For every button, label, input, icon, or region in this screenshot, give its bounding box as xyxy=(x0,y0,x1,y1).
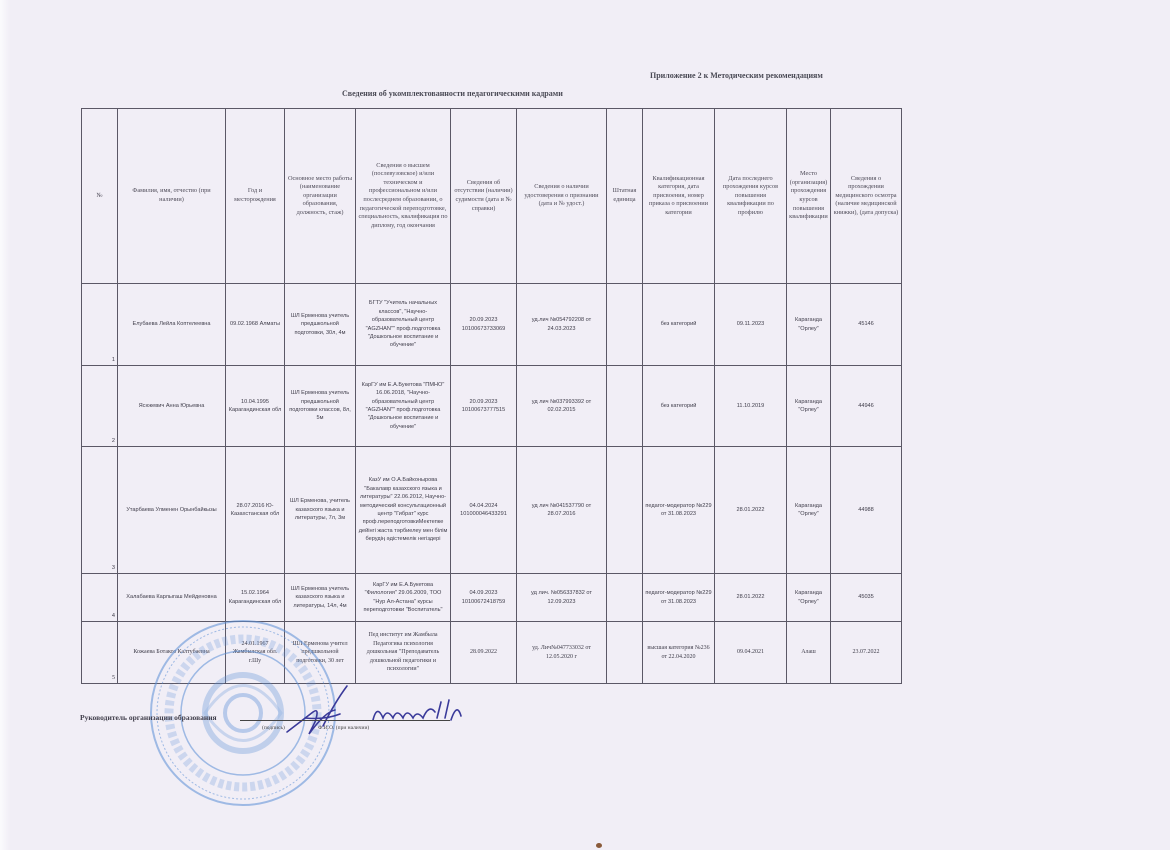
row-category: педагог-модератор №229 от 31.08.2023 xyxy=(643,447,715,574)
row-num: 1 xyxy=(82,284,118,366)
row-birth: 28.07.2016 Ю-Казахстанская обл xyxy=(226,447,285,574)
row-education: БГТУ "Учитель начальных классов", "Научн… xyxy=(356,284,451,366)
row-certificate: уд. Лич№047733032 от 12.05.2020 г xyxy=(517,622,607,684)
row-birth: 10.04.1995 Карагандинская обл xyxy=(226,366,285,447)
handwritten-signature xyxy=(265,682,465,742)
header-workplace: Основное место работы (наименование орга… xyxy=(285,109,356,284)
row-certificate: уд лич №041537790 от 28.07.2016 xyxy=(517,447,607,574)
row-name: Кожаева Ботакоз Калтубаевна xyxy=(118,622,226,684)
header-certificate: Сведения о наличии удостоверения о призн… xyxy=(517,109,607,284)
header-medical: Сведения о прохождении медицинского осмо… xyxy=(831,109,902,284)
header-num: № xyxy=(82,109,118,284)
signature-caption: (подпись) xyxy=(262,725,285,731)
row-course-place: Караганда "Орлеу" xyxy=(787,284,831,366)
table-row: 5 Кожаева Ботакоз Калтубаевна 24.01.1967… xyxy=(82,622,902,684)
header-name: Фамилия, имя, отчество (при наличии) xyxy=(118,109,226,284)
row-medical: 45035 xyxy=(831,574,902,622)
row-education: КарГУ им Е.А.Букетова "ПМНО" 16.06.2018,… xyxy=(356,366,451,447)
row-education: Пед институт им Жамбыла Педагогика психо… xyxy=(356,622,451,684)
appendix-label: Приложение 2 к Методическим рекомендация… xyxy=(650,71,823,80)
row-certificate: уд.лич №054792208 от 24.03.2023 xyxy=(517,284,607,366)
row-birth: 09.02.1968 Алматы xyxy=(226,284,285,366)
row-course-date: 28.01.2022 xyxy=(715,574,787,622)
row-staff-unit xyxy=(607,366,643,447)
row-certificate: уд лич. №056337832 от 12.09.2023 xyxy=(517,574,607,622)
row-category: без категорий xyxy=(643,284,715,366)
row-criminal-record: 28.09.2022 xyxy=(451,622,517,684)
row-name: Халабаева Карлыгаш Мейденовна xyxy=(118,574,226,622)
header-staff-unit: Штатная единица xyxy=(607,109,643,284)
header-criminal-record: Сведения об отсутствии (наличии) судимос… xyxy=(451,109,517,284)
paper-spot xyxy=(596,843,602,848)
row-staff-unit xyxy=(607,284,643,366)
row-workplace: ШЛ Ерменова учитель предшкольной подгото… xyxy=(285,366,356,447)
row-workplace: ШЛ Ерменова учител предшкольной подготов… xyxy=(285,622,356,684)
row-criminal-record: 20.09.2023 10100673777515 xyxy=(451,366,517,447)
row-education: КазУ им О.А.Байконырова "Бакалавр казахс… xyxy=(356,447,451,574)
row-course-date: 09.04.2021 xyxy=(715,622,787,684)
row-course-place: Караганда "Орлеу" xyxy=(787,574,831,622)
staff-table: № Фамилия, имя, отчество (при наличии) Г… xyxy=(81,108,902,684)
row-staff-unit xyxy=(607,447,643,574)
row-criminal-record: 04.04.2024 101000046433291 xyxy=(451,447,517,574)
row-certificate: уд лич №037993392 от 02.02.2015 xyxy=(517,366,607,447)
row-workplace: ШЛ Ерменова учитель казахского языка и л… xyxy=(285,574,356,622)
row-category: без категорий xyxy=(643,366,715,447)
row-course-date: 28.01.2022 xyxy=(715,447,787,574)
row-medical: 44946 xyxy=(831,366,902,447)
table-row: 3 Утарбаева Улменен Орынбайкызы 28.07.20… xyxy=(82,447,902,574)
header-course-place: Место (организация) прохождения курсов п… xyxy=(787,109,831,284)
row-name: Елубаева Лейла Коптелеевна xyxy=(118,284,226,366)
row-course-place: Алаш xyxy=(787,622,831,684)
row-course-date: 09.11.2023 xyxy=(715,284,787,366)
document-title: Сведения об укомплектованности педагогич… xyxy=(342,89,563,98)
row-course-place: Караганда "Орлеу" xyxy=(787,366,831,447)
row-criminal-record: 20.09.2023 10100673733069 xyxy=(451,284,517,366)
header-category: Квалификационная категория, дата присвое… xyxy=(643,109,715,284)
table-row: 4 Халабаева Карлыгаш Мейденовна 15.02.19… xyxy=(82,574,902,622)
row-workplace: ШЛ Ерменова учитель предшкольной подгото… xyxy=(285,284,356,366)
row-num: 5 xyxy=(82,622,118,684)
row-medical: 44988 xyxy=(831,447,902,574)
row-num: 2 xyxy=(82,366,118,447)
row-birth: 24.01.1967 Жамбылская обл. г.Шу xyxy=(226,622,285,684)
table-row: 2 Ясюкевич Анна Юрьевна 10.04.1995 Караг… xyxy=(82,366,902,447)
row-name: Утарбаева Улменен Орынбайкызы xyxy=(118,447,226,574)
row-education: КарГУ им Е.А.Букетова "Филология" 29.06.… xyxy=(356,574,451,622)
header-birth: Год и месторождения xyxy=(226,109,285,284)
row-category: высшая категория №236 от 22.04.2020 xyxy=(643,622,715,684)
header-education: Сведения о высшем (послевузовское) и/или… xyxy=(356,109,451,284)
row-staff-unit xyxy=(607,622,643,684)
row-category: педагог-модератор №229 от 31.08.2023 xyxy=(643,574,715,622)
name-caption: Ф.И.О. (при наличии) xyxy=(318,725,369,731)
row-num: 3 xyxy=(82,447,118,574)
table-row: 1 Елубаева Лейла Коптелеевна 09.02.1968 … xyxy=(82,284,902,366)
name-line xyxy=(315,720,450,721)
signature-line xyxy=(240,720,318,721)
row-medical: 23.07.2022 xyxy=(831,622,902,684)
row-name: Ясюкевич Анна Юрьевна xyxy=(118,366,226,447)
row-workplace: ШЛ Ерменова, учитель казахского языка и … xyxy=(285,447,356,574)
row-num: 4 xyxy=(82,574,118,622)
header-row: № Фамилия, имя, отчество (при наличии) Г… xyxy=(82,109,902,284)
header-course-date: Дата последнего прохождения курсов повыш… xyxy=(715,109,787,284)
signature-label: Руководитель организации образования xyxy=(80,713,217,722)
row-medical: 45146 xyxy=(831,284,902,366)
page-edge xyxy=(0,0,10,850)
row-criminal-record: 04.09.2023 10100672418759 xyxy=(451,574,517,622)
row-staff-unit xyxy=(607,574,643,622)
row-course-place: Караганда "Орлеу" xyxy=(787,447,831,574)
row-birth: 15.02.1964 Карагандинская обл xyxy=(226,574,285,622)
row-course-date: 11.10.2019 xyxy=(715,366,787,447)
